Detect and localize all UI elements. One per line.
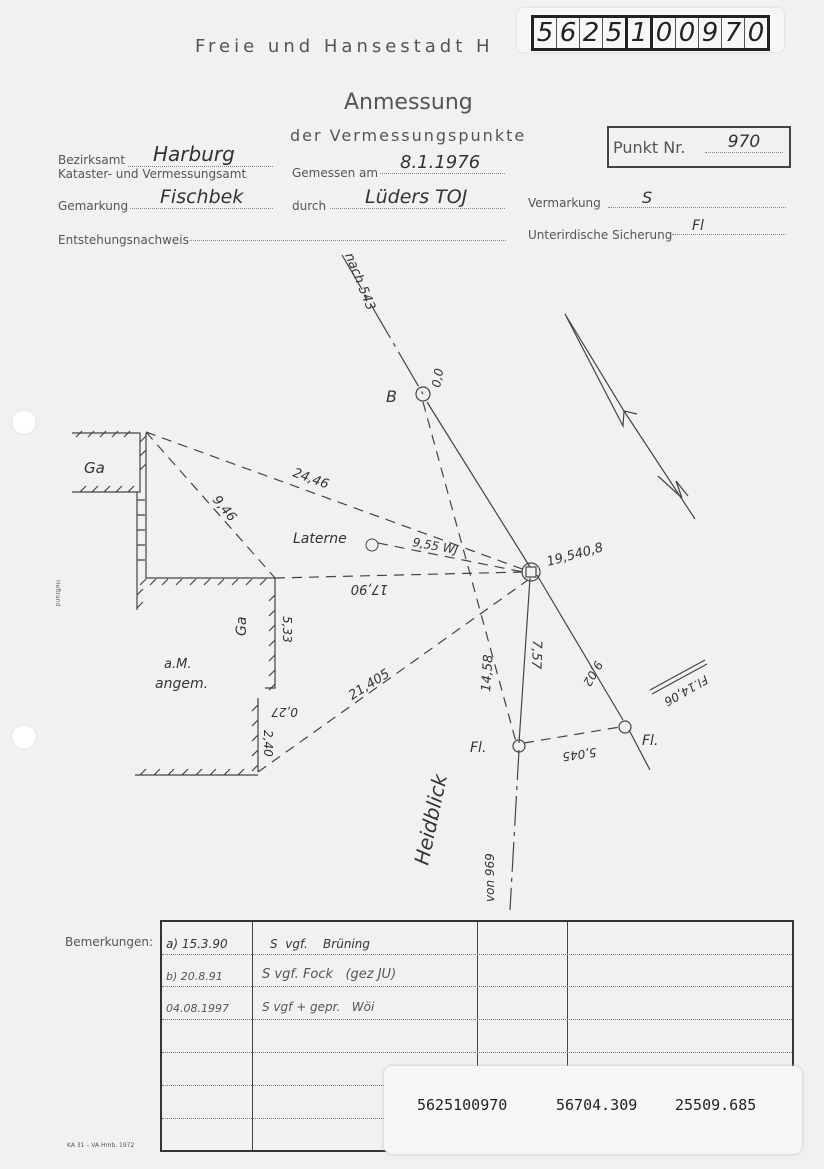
m12: 5,045 (562, 745, 598, 764)
m7: 2,40 (261, 730, 275, 757)
m3: 9,55 WJ (411, 535, 459, 557)
remark-text: S vgf + gepr. Wöi (262, 1000, 374, 1014)
ga-label: Ga (84, 459, 105, 477)
fl-note: Fl.14,06 (661, 672, 710, 709)
street-label: Heidblick (409, 771, 452, 867)
remark-text: S vgf. Fock (gez JU) (262, 967, 396, 982)
coordinate-label: 5625100970 56704.309 25509.685 (384, 1066, 802, 1154)
coord-x: 56704.309 (556, 1096, 637, 1114)
m5: 5,33 (280, 616, 294, 643)
fl-left-label: Fl. (470, 740, 486, 756)
coord-id: 5625100970 (417, 1096, 507, 1114)
ga2-label: Ga (234, 617, 250, 636)
nach-label: nach 543 (341, 251, 378, 313)
m4: 17,90 (351, 581, 388, 596)
remarks-label: Bemerkungen: (65, 935, 153, 949)
laterne-label: Laterne (293, 531, 347, 547)
m9: 14,58 (479, 654, 497, 692)
survey-sketch: nach 543 B 0,0 Ga 24,46 9,46 Laterne 9,5… (0, 0, 824, 920)
remark-date: 04.08.1997 (166, 1002, 229, 1015)
heftrand-label: Heftrand (54, 580, 61, 607)
m1: 24,46 (291, 466, 331, 493)
am-label: a.M. (164, 657, 191, 672)
remark-text: S vgf. Brüning (270, 937, 370, 951)
remark-date: b) 20.8.91 (166, 970, 223, 983)
point-b-offset: 0,0 (429, 367, 446, 389)
m6: 0,27 (271, 705, 298, 719)
m8: 21,405 (346, 667, 393, 704)
main-point-label: 19,540,8 (545, 540, 605, 569)
fl-right-label: Fl. (642, 733, 658, 749)
coord-y: 25509.685 (675, 1096, 756, 1114)
point-b-label: B (386, 387, 397, 406)
von-label: von 969 (483, 853, 497, 902)
angem-label: angem. (155, 676, 208, 692)
m10: 7,57 (528, 640, 544, 670)
remark-date: a) 15.3.90 (166, 937, 228, 951)
form-footer: KA 31 – VA Hmb. 1972 (67, 1142, 134, 1149)
